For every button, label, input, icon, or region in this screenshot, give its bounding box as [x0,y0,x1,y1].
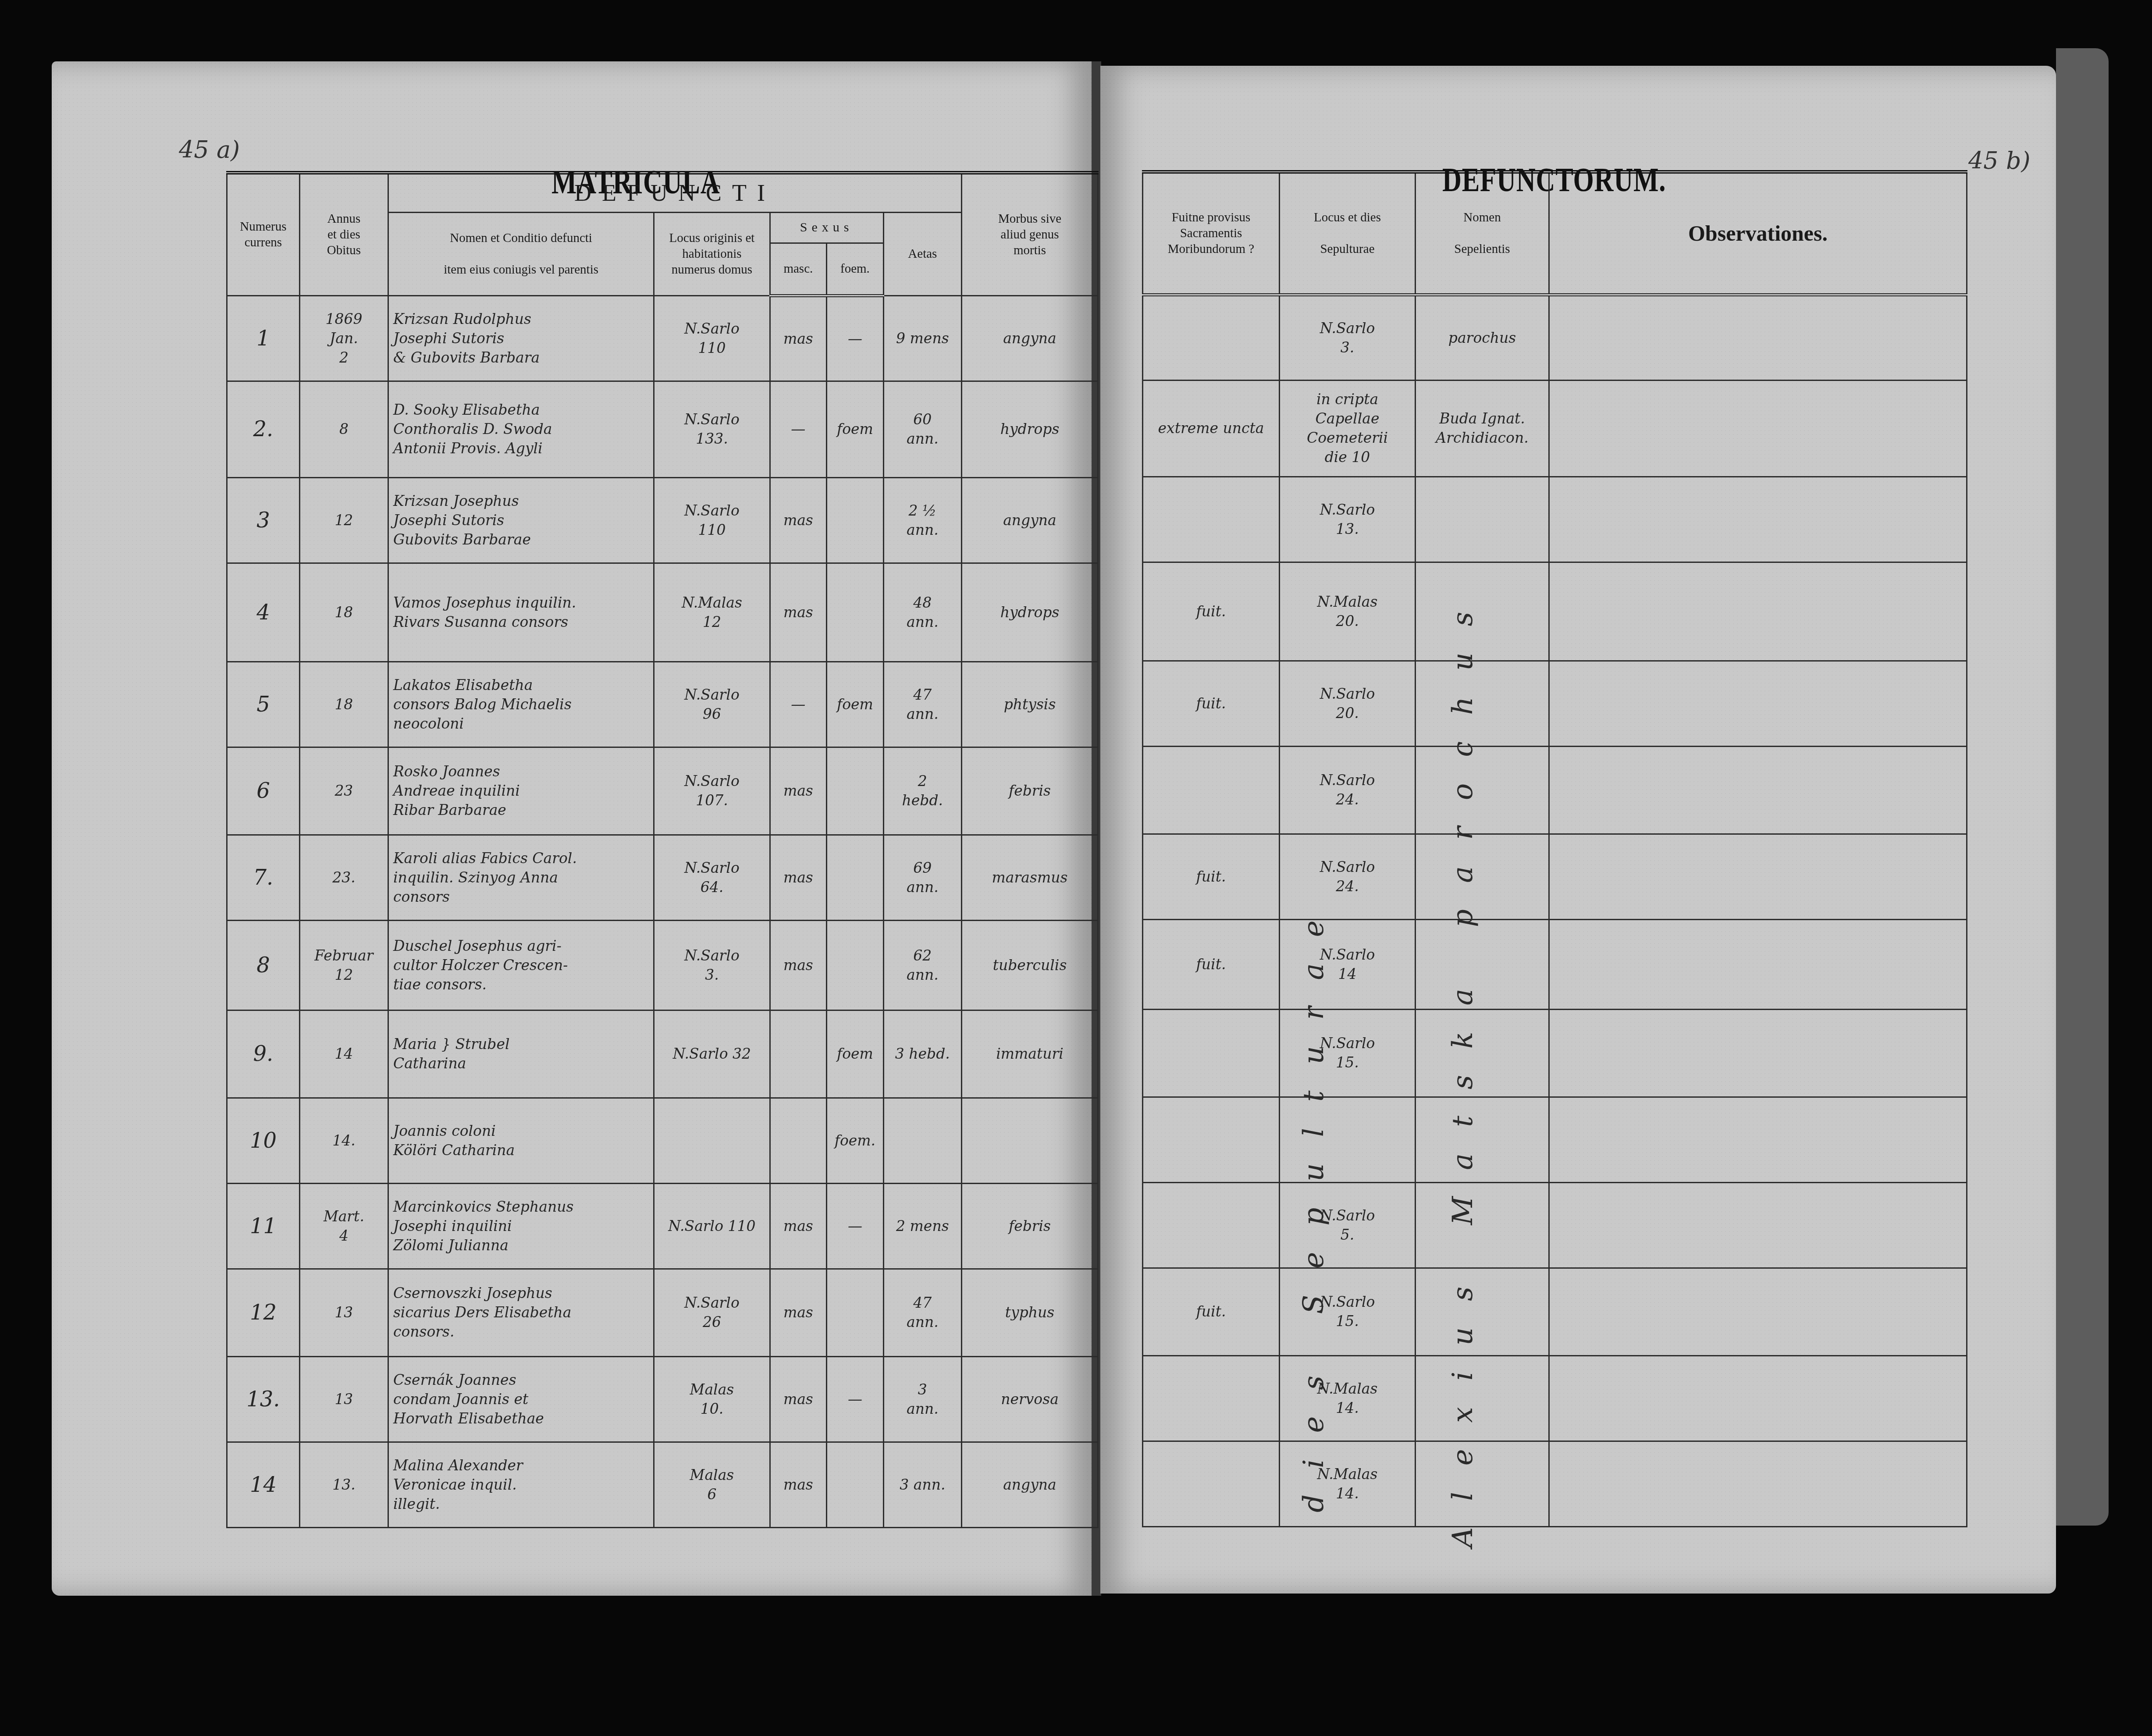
header-provisus: Fuitne provisus Sacramentis Moribundorum… [1143,172,1280,295]
entry-date-cell: 12 [299,477,388,563]
header-morbus: Morbus sive aliud genus mortis [961,173,1098,295]
entry-name-cell: Rosko Joannes Andreae inquilini Ribar Ba… [388,747,654,835]
entry-name-cell: Joannis coloni Kölöri Catharina [388,1098,654,1183]
entry-observations-cell [1549,1097,1967,1182]
entry-sex-masc-cell: mas [770,835,827,920]
entry-buried-by [1416,1138,1548,1142]
header-foem: foem. [827,243,884,295]
table-row: N.Sarlo 13. [1143,477,1967,562]
header-annus: Annus et dies Obitus [299,173,388,295]
entry-date: 23. [300,866,388,889]
entry-locus-cell: N.Malas 12 [654,563,770,662]
entry-locus: N.Sarlo 32 [654,1042,769,1065]
entry-number: 8 [228,954,299,977]
entry-date-cell: 8 [299,381,388,477]
entry-buried-by-cell [1416,477,1549,562]
entry-age-cell: 3 hebd. [883,1010,961,1098]
entry-sex-foem-cell: foem. [827,1098,884,1183]
entry-cause: immaturi [962,1042,1097,1065]
register-body-left: 11869 Jan. 2Krizsan Rudolphus Josephi Su… [227,295,1098,1527]
entry-date: Mart. 4 [300,1205,388,1247]
entry-sex-masc-cell: mas [770,1183,827,1269]
entry-observations-cell [1549,1355,1967,1441]
entry-sex-masc [771,1052,826,1056]
entry-name-cell: Marcinkovics Stephanus Josephi inquilini… [388,1183,654,1269]
entry-sacraments-cell: fuit. [1143,661,1280,746]
header-observationes: Observationes. [1549,172,1967,295]
entry-name: Karoli alias Fabics Carol. inquilin. Szi… [389,847,653,908]
entry-date: 13 [300,1388,388,1411]
entry-number-cell: 1 [227,295,300,381]
entry-cause: marasmus [962,866,1097,889]
table-row: fuit.N.Sarlo 20. [1143,661,1967,746]
entry-sacraments [1143,788,1279,792]
table-row: N.Malas 14. [1143,1441,1967,1526]
entry-sex-masc [771,1139,826,1142]
entry-sacraments: fuit. [1143,1300,1279,1323]
entry-locus [654,1139,769,1142]
entry-age-cell: 3 ann. [883,1356,961,1442]
entry-buried-by-cell: parochus [1416,295,1549,380]
table-row: fuit.N.Malas 20. [1143,562,1967,661]
right-page: DEFUNCTORUM. 45 b) Fuitne provisus Sacra… [1100,66,2056,1594]
header-defuncti: DEFUNCTI [388,173,961,212]
entry-buried-by: Buda Ignat. Archidiacon. [1416,407,1548,449]
entry-number-cell: 8 [227,920,300,1010]
entry-buried-by [1416,1051,1548,1055]
entry-age-cell: 3 ann. [883,1442,961,1527]
entry-sacraments [1143,1051,1279,1055]
entry-observations-cell [1549,1268,1967,1355]
entry-cause-cell: febris [961,747,1098,835]
entry-locus: N.Sarlo 110 [654,1215,769,1238]
entry-sex-foem-cell [827,920,884,1010]
entry-sex-masc-cell: mas [770,1356,827,1442]
entry-sacraments [1143,336,1279,340]
entry-observations [1550,336,1966,340]
entry-sacraments-cell [1143,1182,1280,1268]
entry-sex-masc: — [771,418,826,441]
table-row: 1014. Joannis coloni Kölöri Catharinafoe… [227,1098,1098,1183]
entry-sacraments-cell: fuit. [1143,1268,1280,1355]
entry-buried-by [1416,788,1548,792]
entry-number-cell: 14 [227,1442,300,1527]
header-numerus: Numerus currens [227,173,300,295]
table-row: extreme unctain cripta Capellae Coemeter… [1143,380,1967,477]
entry-sex-foem: — [827,1215,883,1238]
entry-sex-foem [827,519,883,522]
entry-date-cell: 18 [299,563,388,662]
entry-cause-cell [961,1098,1098,1183]
entry-number: 10 [228,1129,299,1152]
entry-buried-by-cell [1416,1182,1549,1268]
entry-cause-cell: immaturi [961,1010,1098,1098]
entry-cause: angyna [962,327,1097,350]
entry-cause [962,1139,1097,1142]
entry-sex-masc: — [771,693,826,716]
entry-cause-cell: febris [961,1183,1098,1269]
entry-age: 48 ann. [884,591,961,633]
entry-sacraments: fuit. [1143,600,1279,623]
entry-locus-cell: N.Sarlo 26 [654,1269,770,1356]
entry-observations-cell [1549,562,1967,661]
entry-name-cell: Csernovszki Josephus sicarius Ders Elisa… [388,1269,654,1356]
entry-age: 60 ann. [884,408,961,450]
entry-cause-cell: angyna [961,295,1098,381]
entry-locus-cell: N.Sarlo 133. [654,381,770,477]
entry-buried-by-cell [1416,1355,1549,1441]
header-sepelientis: Nomen Sepelientis [1416,172,1549,295]
entry-cause-cell: angyna [961,477,1098,563]
entry-date-cell: 23. [299,835,388,920]
entry-number: 11 [228,1215,299,1238]
entry-age: 3 hebd. [884,1042,961,1065]
entry-cause: angyna [962,509,1097,532]
entry-date-cell: 23 [299,747,388,835]
entry-name: Krizsan Josephus Josephi Sutoris Gubovit… [389,490,653,551]
entry-sacraments-cell [1143,1441,1280,1526]
entry-locus-cell: N.Sarlo 64. [654,835,770,920]
entry-name: Csernovszki Josephus sicarius Ders Elisa… [389,1282,653,1343]
entry-cause: febris [962,1215,1097,1238]
entry-observations-cell [1549,834,1967,919]
entry-observations-cell [1549,661,1967,746]
entry-age: 3 ann. [884,1473,961,1496]
table-row: N.Sarlo 3.parochus [1143,295,1967,380]
entry-cause: febris [962,779,1097,802]
entry-sacraments-cell [1143,1097,1280,1182]
table-row: 2.8D. Sooky Elisabetha Conthoralis D. Sw… [227,381,1098,477]
entry-age-cell: 9 mens [883,295,961,381]
entry-number: 1 [228,327,299,350]
entry-sex-masc: mas [771,779,826,802]
entry-locus: N.Sarlo 107. [654,770,769,812]
entry-sex-masc-cell: mas [770,295,827,381]
entry-date-cell: Februar 12 [299,920,388,1010]
entry-sacraments-cell [1143,746,1280,834]
entry-buried-by [1416,610,1548,613]
entry-age-cell: 60 ann. [883,381,961,477]
entry-sacraments-cell: fuit. [1143,834,1280,919]
entry-observations [1550,518,1966,521]
entry-sex-foem: foem [827,1042,883,1065]
entry-buried-by [1416,1482,1548,1486]
entry-age-cell: 47 ann. [883,1269,961,1356]
entry-name: Lakatos Elisabetha consors Balog Michael… [389,674,653,735]
entry-buried-by-cell [1416,1009,1549,1097]
entry-observations [1550,1482,1966,1486]
entry-number: 12 [228,1301,299,1324]
entry-locus-cell: N.Sarlo 96 [654,662,770,747]
entry-sex-foem-cell [827,563,884,662]
table-row: fuit.N.Sarlo 24. [1143,834,1967,919]
entry-number-cell: 12 [227,1269,300,1356]
entry-observations [1550,702,1966,705]
entry-sacraments-cell [1143,477,1280,562]
entry-number: 9. [228,1042,299,1065]
entry-sex-masc-cell: — [770,381,827,477]
entry-sex-foem-cell [827,477,884,563]
entry-age: 2 ½ ann. [884,499,961,541]
entry-sex-foem [827,1483,883,1487]
entry-cause: nervosa [962,1388,1097,1411]
entry-buried-by-cell [1416,834,1549,919]
header-locus: Locus originis et habitationis numerus d… [654,212,770,295]
entry-buried-by [1416,1224,1548,1227]
entry-sacraments: extreme uncta [1143,417,1279,440]
entry-name-cell: Krizsan Josephus Josephi Sutoris Gubovit… [388,477,654,563]
entry-sacraments [1143,1397,1279,1400]
entry-name-cell: Lakatos Elisabetha consors Balog Michael… [388,662,654,747]
entry-date: 14. [300,1129,388,1152]
entry-observations-cell [1549,919,1967,1009]
entry-cause: hydrops [962,418,1097,441]
table-row: 11Mart. 4Marcinkovics Stephanus Josephi … [227,1183,1098,1269]
entry-number: 6 [228,779,299,802]
entry-sex-foem-cell [827,835,884,920]
entry-age-cell: 2 mens [883,1183,961,1269]
entry-sex-foem: foem [827,693,883,716]
entry-observations [1550,610,1966,613]
entry-locus-cell: N.Sarlo 32 [654,1010,770,1098]
entry-buried-by [1416,963,1548,966]
entry-observations-cell [1549,1182,1967,1268]
entry-buried-by-cell: Buda Ignat. Archidiacon. [1416,380,1549,477]
entry-number-cell: 13. [227,1356,300,1442]
entry-cause: phtysis [962,693,1097,716]
table-row: 8Februar 12Duschel Josephus agri- cultor… [227,920,1098,1010]
entry-locus: N.Sarlo 64. [654,857,769,899]
entry-locus-cell: Malas 10. [654,1356,770,1442]
entry-buried-by-cell [1416,661,1549,746]
entry-sacraments-cell [1143,295,1280,380]
entry-buried-by-cell [1416,746,1549,834]
entry-number: 4 [228,601,299,624]
entry-age-cell: 47 ann. [883,662,961,747]
entry-age-cell [883,1098,961,1183]
entry-sex-foem [827,789,883,793]
entry-cause: typhus [962,1301,1097,1324]
entry-locus-cell [654,1098,770,1183]
entry-age-cell: 2 ½ ann. [883,477,961,563]
entry-sex-foem-cell [827,1442,884,1527]
register-body-right: N.Sarlo 3.parochusextreme unctain cripta… [1143,295,1967,1526]
entry-cause: angyna [962,1473,1097,1496]
entry-buried-by-cell [1416,1441,1549,1526]
entry-number: 3 [228,509,299,532]
entry-locus-cell: N.Sarlo 110 [654,295,770,381]
entry-name: Krizsan Rudolphus Josephi Sutoris & Gubo… [389,308,653,369]
book-edge [2056,48,2109,1526]
entry-number-cell: 10 [227,1098,300,1183]
entry-sex-masc: mas [771,327,826,350]
left-page: 45 a) MATRICULA Numerus currens Annus et… [52,61,1092,1596]
entry-age [884,1139,961,1142]
entry-locus: N.Sarlo 110 [654,317,769,359]
entry-age: 47 ann. [884,683,961,726]
entry-sex-masc: mas [771,601,826,624]
entry-sex-masc-cell: mas [770,1269,827,1356]
entry-sex-masc: mas [771,1301,826,1324]
table-row: fuit.N.Sarlo 14 [1143,919,1967,1009]
table-row: 312Krizsan Josephus Josephi Sutoris Gubo… [227,477,1098,563]
table-row: N.Malas 14. [1143,1355,1967,1441]
entry-observations [1550,1224,1966,1227]
entry-locus-cell: N.Sarlo 110 [654,1183,770,1269]
entry-number: 5 [228,693,299,716]
entry-age: 62 ann. [884,944,961,986]
entry-date: 8 [300,418,388,441]
entry-age-cell: 2 hebd. [883,747,961,835]
entry-burial: in cripta Capellae Coemeterii die 10 [1280,388,1415,469]
entry-observations [1550,1138,1966,1142]
entry-observations-cell [1549,380,1967,477]
entry-buried-by [1416,875,1548,879]
entry-buried-by [1416,1310,1548,1313]
entry-sex-foem [827,1311,883,1314]
entry-sex-masc-cell [770,1010,827,1098]
entry-sex-masc: mas [771,509,826,532]
entry-observations [1550,1397,1966,1400]
entry-age: 47 ann. [884,1291,961,1334]
entry-observations [1550,875,1966,879]
entry-burial-cell: N.Sarlo 3. [1280,295,1416,380]
table-row: N.Sarlo 24. [1143,746,1967,834]
entry-date: 13. [300,1473,388,1496]
entry-name-cell: Vamos Josephus inquilin. Rivars Susanna … [388,563,654,662]
table-row: 9.14Maria } Strubel CatharinaN.Sarlo 32f… [227,1010,1098,1098]
entry-date-cell: 13. [299,1442,388,1527]
entry-date: 1869 Jan. 2 [300,308,388,369]
entry-sex-foem-cell: — [827,1356,884,1442]
register-table-right: Fuitne provisus Sacramentis Moribundorum… [1142,170,1967,1527]
entry-sex-masc-cell: — [770,662,827,747]
entry-sex-masc: mas [771,1388,826,1411]
entry-buried-by-cell [1416,562,1549,661]
entry-cause-cell: typhus [961,1269,1098,1356]
entry-age: 2 mens [884,1215,961,1238]
entry-locus: Malas 6 [654,1464,769,1506]
entry-name: D. Sooky Elisabetha Conthoralis D. Swoda… [389,398,653,460]
entry-sex-foem: — [827,327,883,350]
entry-locus-cell: N.Sarlo 110 [654,477,770,563]
entry-name: Csernák Joannes condam Joannis et Horvat… [389,1369,653,1430]
register-table-left: Numerus currens Annus et dies Obitus DEF… [226,171,1099,1528]
entry-sacraments-cell [1143,1355,1280,1441]
entry-buried-by-cell [1416,1097,1549,1182]
entry-sex-masc: mas [771,954,826,977]
entry-sex-foem-cell: foem [827,662,884,747]
entry-sacraments [1143,1138,1279,1142]
page-number-right: 45 b) [1968,147,2031,174]
entry-age-cell: 48 ann. [883,563,961,662]
entry-date: 23 [300,779,388,802]
entry-name: Marcinkovics Stephanus Josephi inquilini… [389,1195,653,1257]
entry-burial: N.Sarlo 3. [1280,317,1415,359]
entry-sex-foem [827,876,883,879]
entry-date-cell: 14 [299,1010,388,1098]
table-row: 418Vamos Josephus inquilin. Rivars Susan… [227,563,1098,662]
entry-date: 14 [300,1042,388,1065]
entry-name: Duschel Josephus agri- cultor Holczer Cr… [389,935,653,996]
entry-number: 7. [228,866,299,889]
entry-sex-foem-cell: — [827,295,884,381]
entry-sex-masc: mas [771,1215,826,1238]
entry-date-cell: 13 [299,1269,388,1356]
entry-age: 3 ann. [884,1378,961,1420]
entry-date: 18 [300,693,388,716]
entry-observations [1550,1051,1966,1055]
entry-locus-cell: N.Sarlo 107. [654,747,770,835]
entry-sex-masc: mas [771,1473,826,1496]
entry-name: Maria } Strubel Catharina [389,1033,653,1075]
entry-cause-cell: marasmus [961,835,1098,920]
entry-sex-masc-cell: mas [770,477,827,563]
entry-cause: tuberculis [962,954,1097,977]
entry-number-cell: 5 [227,662,300,747]
entry-date-cell: 13 [299,1356,388,1442]
entry-number: 13. [228,1388,299,1411]
entry-number-cell: 2. [227,381,300,477]
table-row: N.Sarlo 5. [1143,1182,1967,1268]
entry-buried-by: parochus [1416,327,1548,349]
table-row [1143,1097,1967,1182]
entry-sex-masc-cell: mas [770,563,827,662]
entry-locus: N.Sarlo 26 [654,1291,769,1334]
entry-sacraments-cell: fuit. [1143,562,1280,661]
entry-name-cell: Duschel Josephus agri- cultor Holczer Cr… [388,920,654,1010]
entry-number-cell: 4 [227,563,300,662]
entry-cause: hydrops [962,601,1097,624]
entry-cause-cell: angyna [961,1442,1098,1527]
entry-number-cell: 9. [227,1010,300,1098]
entry-observations-cell [1549,1441,1967,1526]
entry-sacraments-cell: extreme uncta [1143,380,1280,477]
entry-sacraments [1143,1482,1279,1486]
entry-observations [1550,427,1966,430]
entry-locus: Malas 10. [654,1378,769,1420]
entry-buried-by [1416,702,1548,705]
entry-date-cell: 1869 Jan. 2 [299,295,388,381]
entry-date: 18 [300,601,388,624]
entry-date-cell: 14. [299,1098,388,1183]
entry-number-cell: 3 [227,477,300,563]
entry-name-cell: Csernák Joannes condam Joannis et Horvat… [388,1356,654,1442]
entry-name-cell: Krizsan Rudolphus Josephi Sutoris & Gubo… [388,295,654,381]
entry-name-cell: Maria } Strubel Catharina [388,1010,654,1098]
entry-locus: N.Sarlo 3. [654,944,769,986]
header-locus-sepulturae: Locus et dies Sepulturae [1280,172,1416,295]
entry-sex-foem: foem. [827,1129,883,1152]
entry-sacraments: fuit. [1143,953,1279,976]
entry-date: 12 [300,509,388,532]
entry-number-cell: 11 [227,1183,300,1269]
entry-name-cell: Malina Alexander Veronicae inquil. illeg… [388,1442,654,1527]
entry-age-cell: 69 ann. [883,835,961,920]
entry-sex-foem-cell: — [827,1183,884,1269]
entry-name-cell: Karoli alias Fabics Carol. inquilin. Szi… [388,835,654,920]
entry-sacraments-cell: fuit. [1143,919,1280,1009]
entry-buried-by-cell [1416,1268,1549,1355]
entry-sex-masc-cell: mas [770,747,827,835]
entry-observations [1550,788,1966,792]
entry-sex-foem-cell [827,747,884,835]
entry-cause-cell: phtysis [961,662,1098,747]
header-nomen: Nomen et Conditio defuncti item eius con… [388,212,654,295]
entry-age-cell: 62 ann. [883,920,961,1010]
entry-sex-masc-cell: mas [770,920,827,1010]
entry-observations-cell [1549,477,1967,562]
